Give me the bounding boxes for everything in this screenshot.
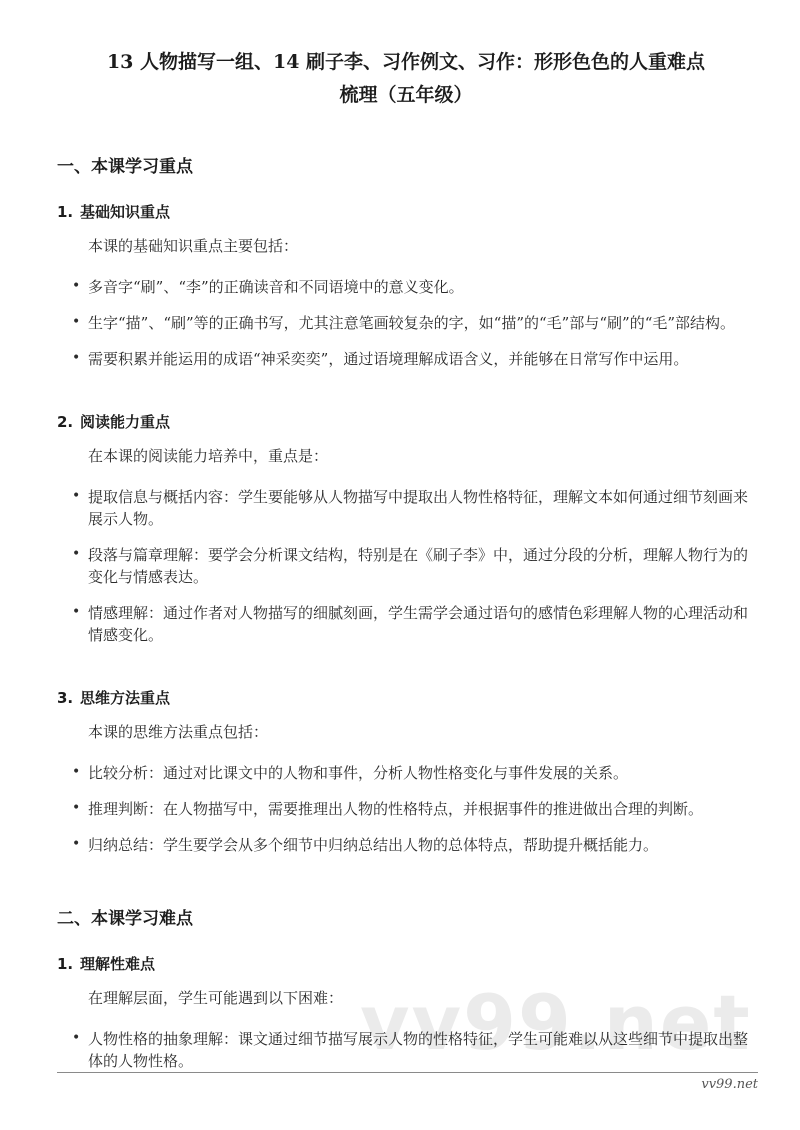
subsection: 3.思维方法重点本课的思维方法重点包括：•比较分析：通过对比课文中的人物和事件，… xyxy=(57,688,755,856)
bullet-list: •比较分析：通过对比课文中的人物和事件，分析人物性格变化与事件发展的关系。•推理… xyxy=(57,762,755,856)
subsection-intro: 本课的基础知识重点主要包括： xyxy=(88,235,755,257)
bullet-text: 生字“描”、“刷”等的正确书写，尤其注意笔画较复杂的字，如“描”的“毛”部与“刷… xyxy=(88,314,735,332)
list-item: •多音字“刷”、“李”的正确读音和不同语境中的意义变化。 xyxy=(57,276,755,298)
bullet-icon: • xyxy=(72,347,80,369)
sections-container: 一、本课学习重点1.基础知识重点本课的基础知识重点主要包括：•多音字“刷”、“李… xyxy=(57,156,755,1072)
list-item: •人物性格的抽象理解：课文通过细节描写展示人物的性格特征，学生可能难以从这些细节… xyxy=(57,1028,755,1072)
bullet-text: 提取信息与概括内容：学生要能够从人物描写中提取出人物性格特征，理解文本如何通过细… xyxy=(88,488,748,528)
section: 二、本课学习难点1.理解性难点在理解层面，学生可能遇到以下困难：•人物性格的抽象… xyxy=(57,908,755,1072)
footer-site-text: vv99.net xyxy=(57,1077,758,1092)
subsection-number: 1. xyxy=(57,202,80,222)
subsection-number: 3. xyxy=(57,688,80,708)
document-page: vv99.net 13 人物描写一组、14 刷子李、习作例文、习作：形形色色的人… xyxy=(0,0,800,1130)
list-item: •情感理解：通过作者对人物描写的细腻刻画，学生需学会通过语句的感情色彩理解人物的… xyxy=(57,602,755,646)
subsection: 1.基础知识重点本课的基础知识重点主要包括：•多音字“刷”、“李”的正确读音和不… xyxy=(57,202,755,370)
bullet-list: •提取信息与概括内容：学生要能够从人物描写中提取出人物性格特征，理解文本如何通过… xyxy=(57,486,755,646)
bullet-text: 段落与篇章理解：要学会分析课文结构，特别是在《刷子李》中，通过分段的分析，理解人… xyxy=(88,546,748,586)
subsection-heading: 2.阅读能力重点 xyxy=(57,412,755,432)
list-item: •生字“描”、“刷”等的正确书写，尤其注意笔画较复杂的字，如“描”的“毛”部与“… xyxy=(57,312,755,334)
document-content: 13 人物描写一组、14 刷子李、习作例文、习作：形形色色的人重难点 梳理（五年… xyxy=(0,0,800,1072)
bullet-icon: • xyxy=(72,833,80,855)
subsection-number: 2. xyxy=(57,412,80,432)
subsection-title: 基础知识重点 xyxy=(80,203,170,221)
bullet-list: •人物性格的抽象理解：课文通过细节描写展示人物的性格特征，学生可能难以从这些细节… xyxy=(57,1028,755,1072)
list-item: •提取信息与概括内容：学生要能够从人物描写中提取出人物性格特征，理解文本如何通过… xyxy=(57,486,755,530)
bullet-text: 推理判断：在人物描写中，需要推理出人物的性格特点，并根据事件的推进做出合理的判断… xyxy=(88,800,703,818)
subsection-title: 思维方法重点 xyxy=(80,689,170,707)
subsection-heading: 1.理解性难点 xyxy=(57,954,755,974)
list-item: •段落与篇章理解：要学会分析课文结构，特别是在《刷子李》中，通过分段的分析，理解… xyxy=(57,544,755,588)
section-heading: 一、本课学习重点 xyxy=(57,156,755,178)
bullet-text: 归纳总结：学生要学会从多个细节中归纳总结出人物的总体特点，帮助提升概括能力。 xyxy=(88,836,658,854)
bullet-icon: • xyxy=(72,601,80,623)
page-footer: vv99.net xyxy=(57,1072,758,1092)
bullet-text: 需要积累并能运用的成语“神采奕奕”，通过语境理解成语含义，并能够在日常写作中运用… xyxy=(88,350,688,368)
subsection: 1.理解性难点在理解层面，学生可能遇到以下困难：•人物性格的抽象理解：课文通过细… xyxy=(57,954,755,1072)
list-item: •归纳总结：学生要学会从多个细节中归纳总结出人物的总体特点，帮助提升概括能力。 xyxy=(57,834,755,856)
subsection-intro: 在理解层面，学生可能遇到以下困难： xyxy=(88,987,755,1009)
section-heading: 二、本课学习难点 xyxy=(57,908,755,930)
subsection-number: 1. xyxy=(57,954,80,974)
list-item: •需要积累并能运用的成语“神采奕奕”，通过语境理解成语含义，并能够在日常写作中运… xyxy=(57,348,755,370)
subsection-intro: 本课的思维方法重点包括： xyxy=(88,721,755,743)
title-line-2: 梳理（五年级） xyxy=(57,79,755,112)
bullet-icon: • xyxy=(72,797,80,819)
list-item: •推理判断：在人物描写中，需要推理出人物的性格特点，并根据事件的推进做出合理的判… xyxy=(57,798,755,820)
subsection-intro: 在本课的阅读能力培养中，重点是： xyxy=(88,445,755,467)
document-title: 13 人物描写一组、14 刷子李、习作例文、习作：形形色色的人重难点 梳理（五年… xyxy=(57,46,755,112)
subsection-heading: 1.基础知识重点 xyxy=(57,202,755,222)
bullet-icon: • xyxy=(72,761,80,783)
bullet-icon: • xyxy=(72,543,80,565)
subsection-heading: 3.思维方法重点 xyxy=(57,688,755,708)
bullet-text: 人物性格的抽象理解：课文通过细节描写展示人物的性格特征，学生可能难以从这些细节中… xyxy=(88,1030,748,1070)
bullet-text: 比较分析：通过对比课文中的人物和事件，分析人物性格变化与事件发展的关系。 xyxy=(88,764,628,782)
section: 一、本课学习重点1.基础知识重点本课的基础知识重点主要包括：•多音字“刷”、“李… xyxy=(57,156,755,856)
bullet-text: 情感理解：通过作者对人物描写的细腻刻画，学生需学会通过语句的感情色彩理解人物的心… xyxy=(88,604,748,644)
bullet-list: •多音字“刷”、“李”的正确读音和不同语境中的意义变化。•生字“描”、“刷”等的… xyxy=(57,276,755,370)
bullet-icon: • xyxy=(72,1027,80,1049)
bullet-icon: • xyxy=(72,275,80,297)
subsection-title: 阅读能力重点 xyxy=(80,413,170,431)
bullet-icon: • xyxy=(72,311,80,333)
subsection-title: 理解性难点 xyxy=(80,955,155,973)
list-item: •比较分析：通过对比课文中的人物和事件，分析人物性格变化与事件发展的关系。 xyxy=(57,762,755,784)
bullet-text: 多音字“刷”、“李”的正确读音和不同语境中的意义变化。 xyxy=(88,278,464,296)
footer-divider xyxy=(57,1072,758,1073)
bullet-icon: • xyxy=(72,485,80,507)
subsection: 2.阅读能力重点在本课的阅读能力培养中，重点是：•提取信息与概括内容：学生要能够… xyxy=(57,412,755,646)
title-line-1: 13 人物描写一组、14 刷子李、习作例文、习作：形形色色的人重难点 xyxy=(57,46,755,79)
